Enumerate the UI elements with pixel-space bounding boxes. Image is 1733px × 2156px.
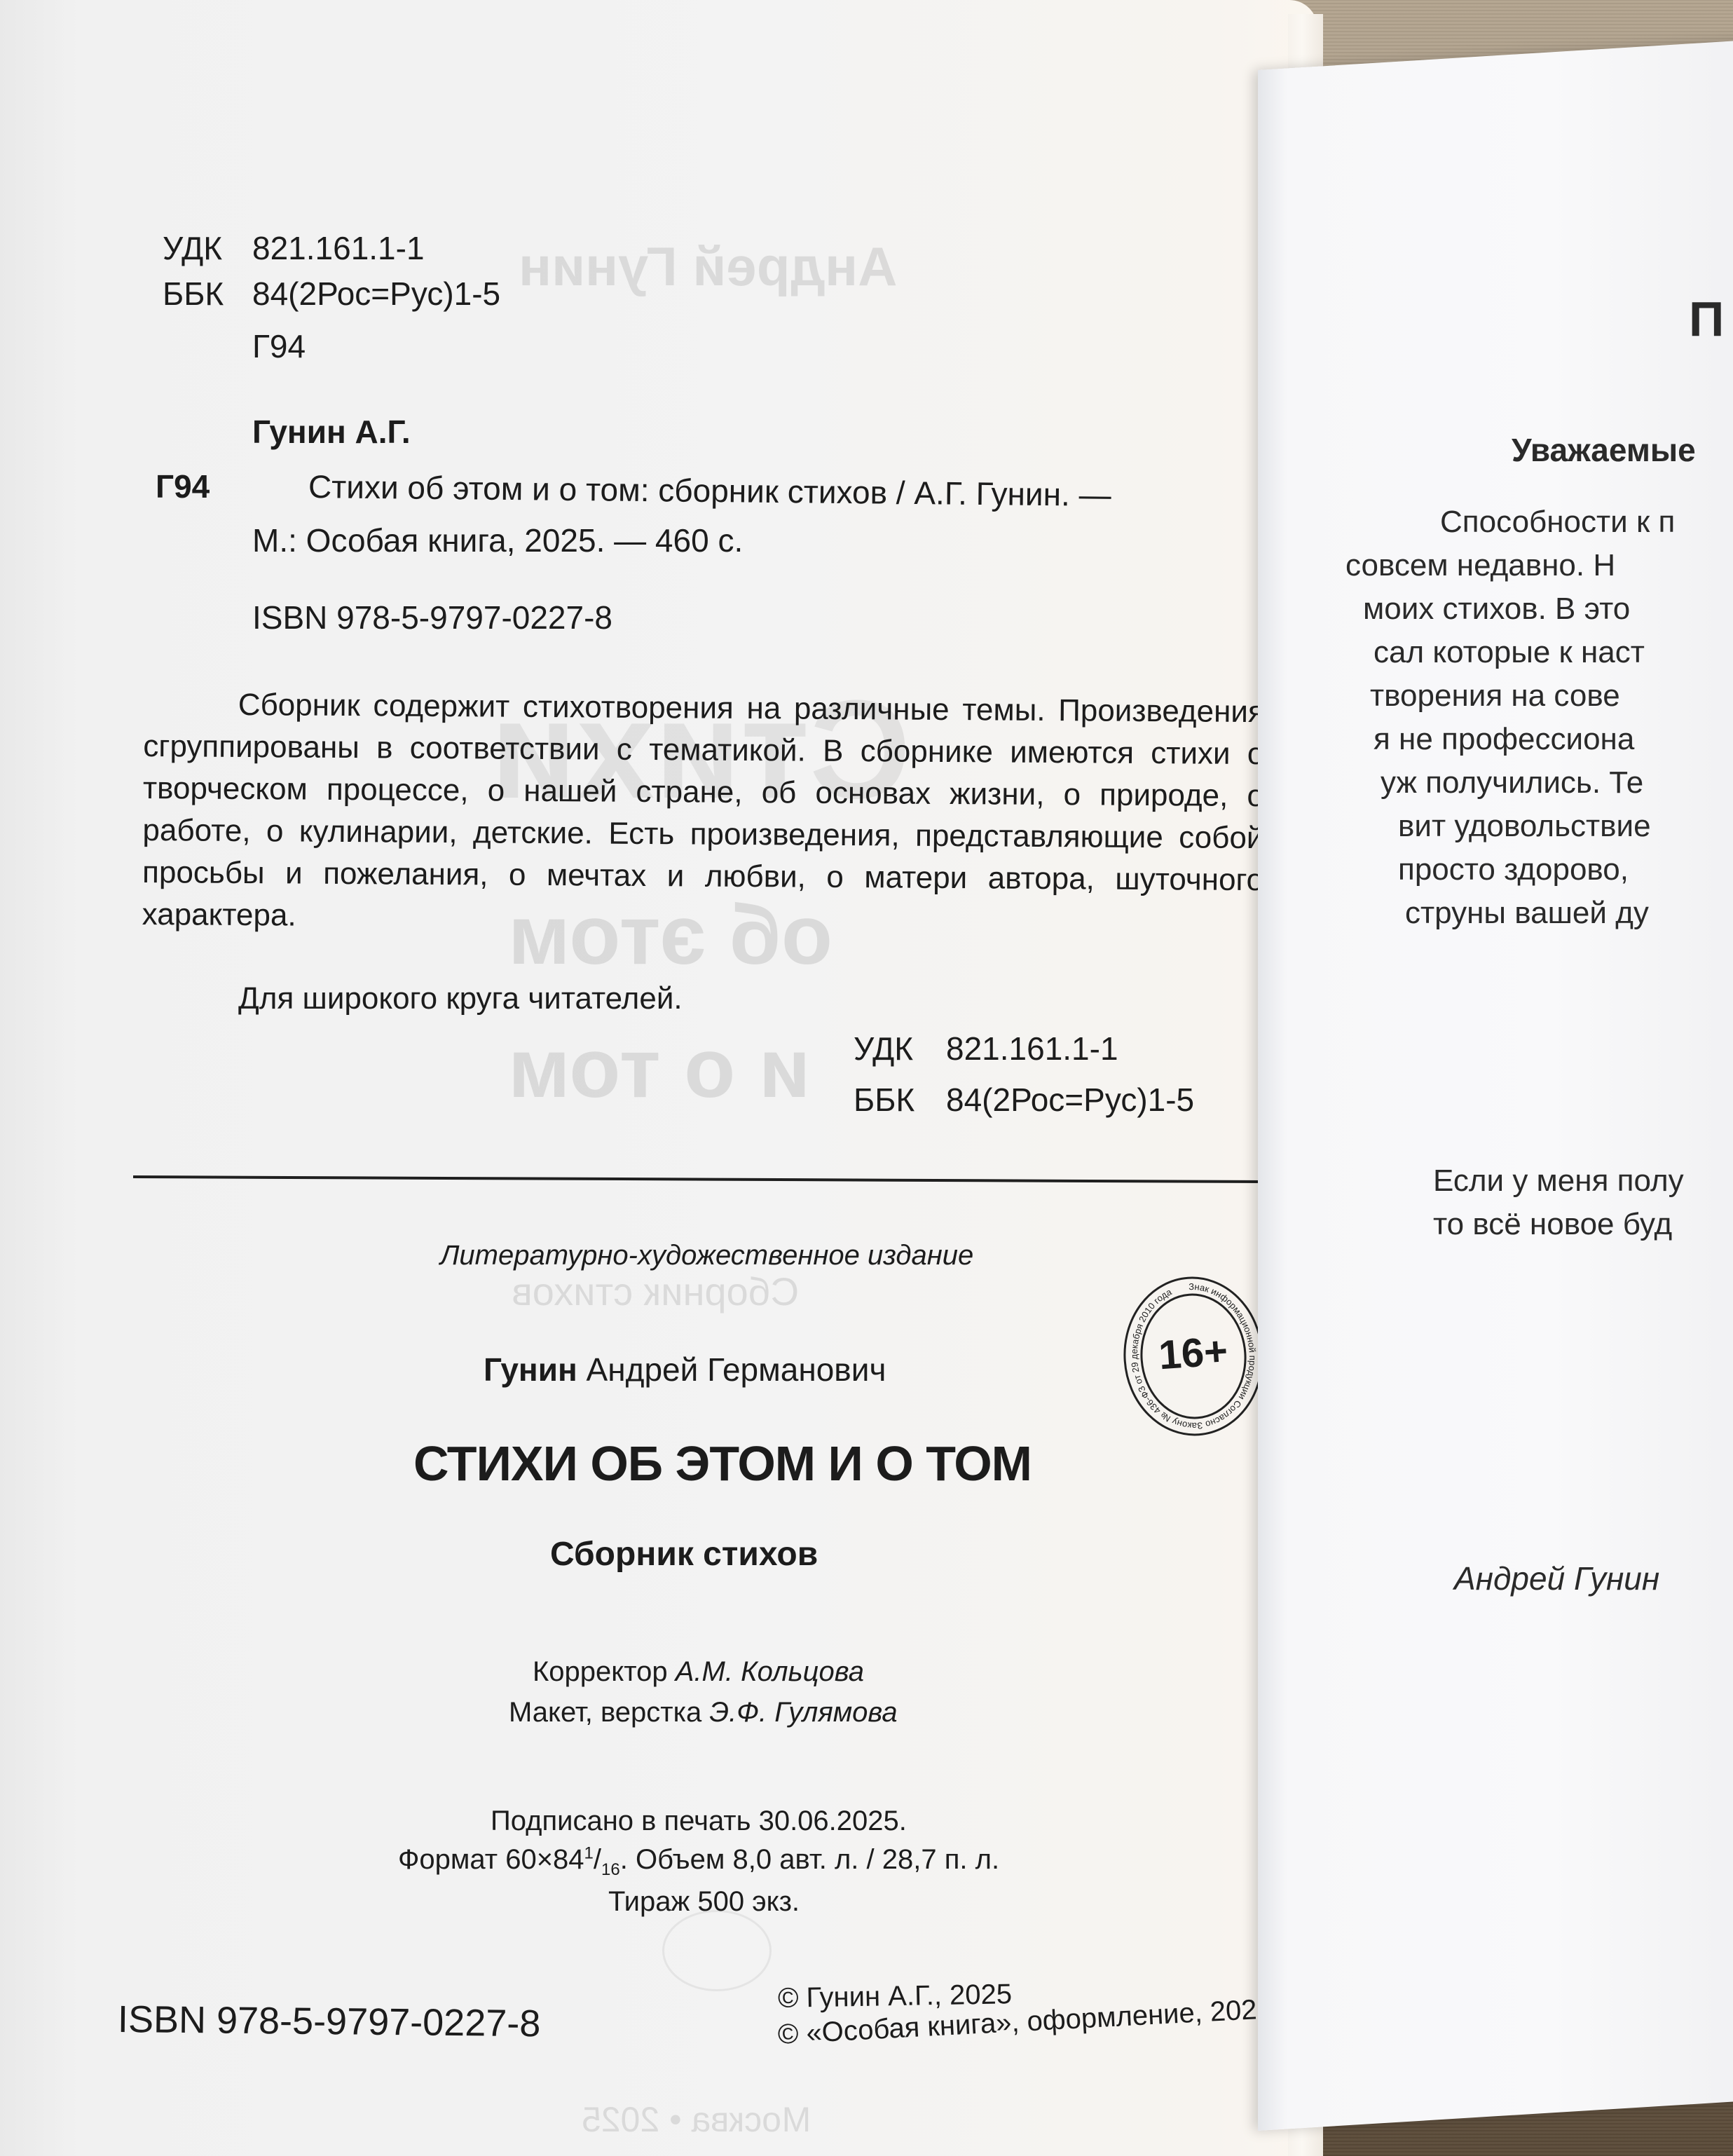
- format-sup: 1: [584, 1844, 594, 1863]
- signed-to-print: Подписано в печать 30.06.2025.: [491, 1805, 907, 1837]
- author-mark-top: Г94: [252, 328, 306, 365]
- corrector-label: Корректор: [533, 1656, 668, 1687]
- layout-credit: Макет, верстка Э.Ф. Гулямова: [509, 1696, 898, 1728]
- left-page: Андрей Гунин Стихи об этом и о том Сборн…: [0, 0, 1317, 2156]
- format-sub: 16: [601, 1860, 620, 1879]
- right-paragraph-line: сал которые к наст: [1374, 635, 1645, 670]
- corrector-name: А.М. Кольцова: [676, 1656, 864, 1687]
- ghost-title-3: и о том: [508, 1020, 810, 1117]
- ghost-subtitle: Сборник стихов: [512, 1269, 799, 1314]
- audience-note: Для широкого круга читателей.: [238, 981, 683, 1017]
- bbk-value-bottom: 84(2Рос=Рус)1-5: [946, 1082, 1194, 1119]
- author-heading: Гунин А.Г.: [252, 414, 411, 451]
- abstract: Сборник содержит стихотворения на различ…: [142, 683, 1264, 943]
- layout-name: Э.Ф. Гулямова: [709, 1697, 897, 1728]
- right-paragraph-line: уж получились. Те: [1381, 765, 1643, 800]
- udk-value-bottom: 821.161.1-1: [946, 1030, 1118, 1067]
- right-closing-line: Если у меня полу: [1433, 1164, 1684, 1199]
- corrector-credit: Корректор А.М. Кольцова: [533, 1656, 864, 1688]
- footer-isbn: ISBN 978-5-9797-0227-8: [118, 1998, 541, 2045]
- age-rating-badge: Знак информационной продукции Согласно З…: [1114, 1264, 1273, 1449]
- print-format: Формат 60×841/16. Объем 8,0 авт. л. / 28…: [398, 1843, 999, 1880]
- right-paragraph-line: творения на сове: [1370, 678, 1620, 714]
- right-paragraph-line: вит удовольствие: [1398, 809, 1651, 844]
- author-surname: Гунин: [484, 1351, 577, 1388]
- bbk-label-top: ББК: [163, 275, 224, 313]
- right-signature: Андрей Гунин: [1454, 1560, 1659, 1597]
- bib-title-line-1: Стихи об этом и о том: сборник стихов / …: [308, 468, 1111, 514]
- book-title: СТИХИ ОБ ЭТОМ И О ТОМ: [413, 1435, 1032, 1492]
- format-suffix: . Объем 8,0 авт. л. / 28,7 п. л.: [620, 1844, 999, 1875]
- section-divider: [133, 1175, 1261, 1183]
- right-paragraph-line: Способности к п: [1440, 505, 1675, 540]
- right-paragraph-line: я не профессиона: [1374, 722, 1634, 757]
- udk-label-bottom: УДК: [854, 1030, 913, 1067]
- format-prefix: Формат 60×84: [398, 1844, 584, 1875]
- ghost-author: Андрей Гунин: [519, 235, 897, 299]
- right-closing-line: то всё новое буд: [1433, 1207, 1672, 1242]
- right-page: П Уважаемые Способности к псовсем недавн…: [1258, 40, 1733, 2131]
- right-paragraph-line: моих стихов. В это: [1363, 592, 1630, 627]
- book-subtitle: Сборник стихов: [550, 1535, 818, 1574]
- udk-value-top: 821.161.1-1: [252, 230, 425, 267]
- right-paragraph-line: просто здорово,: [1398, 852, 1629, 887]
- bib-isbn: ISBN 978-5-9797-0227-8: [252, 599, 612, 636]
- edition-type: Литературно-художественное издание: [440, 1239, 973, 1271]
- imprint-author: Гунин Андрей Германович: [484, 1351, 886, 1389]
- print-run: Тираж 500 экз.: [608, 1885, 800, 1918]
- ghost-city-year: Москва • 2025: [582, 2099, 811, 2140]
- svg-text:16+: 16+: [1157, 1328, 1229, 1379]
- bib-title-line-2: М.: Особая книга, 2025. — 460 с.: [252, 522, 743, 559]
- author-mark: Г94: [156, 468, 210, 505]
- age-rating-seal-icon: Знак информационной продукции Согласно З…: [1114, 1264, 1273, 1449]
- layout-label: Макет, верстка: [509, 1697, 701, 1728]
- right-paragraph-line: струны вашей ду: [1405, 896, 1649, 931]
- right-paragraph-line: совсем недавно. Н: [1345, 548, 1615, 583]
- bbk-label-bottom: ББК: [854, 1082, 915, 1119]
- bbk-value-top: 84(2Рос=Рус)1-5: [252, 275, 500, 313]
- author-given-names: Андрей Германович: [587, 1351, 886, 1388]
- udk-label-top: УДК: [163, 230, 222, 267]
- right-greeting: Уважаемые: [1512, 431, 1696, 469]
- right-heading: П: [1689, 291, 1724, 347]
- ghost-publisher-logo: [662, 1910, 772, 1991]
